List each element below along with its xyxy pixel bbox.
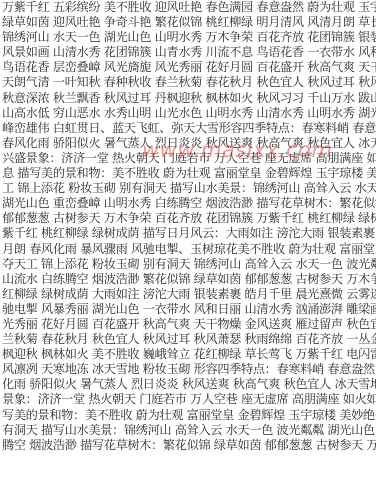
text-line: 景象：济济一堂 热火朝天 门庭若市 万人空巷 座无虚席 高朋满座 如火如荼 蒸蒸… (2, 392, 376, 407)
text-line: 郁郁葱葱 古树参天 万木争荣 百花齐放 花团锦簇 万紫千红 桃红柳绿 绿树成荫 … (2, 211, 376, 226)
text-line: 兰秋菊 春花秋月 秋色宜人 秋风过耳 秋风萧瑟 秋雨绵绵 百花齐放 一丛金黄 秋… (2, 332, 376, 347)
text-line: 鸟语花香 层峦叠嶂 风光旖旎 风光秀丽 花好月圆 百花盛开 秋高气爽 天干物燥 … (2, 60, 376, 75)
text-line: 天朗气清 一叶知秋 春种秋收 春兰秋菊 春花秋月 秋色宜人 秋风过耳 秋风萧瑟 … (2, 75, 376, 90)
text-line: 锦绣河山 水天一色 湖光山色 山明水秀 万木争荣 百花齐放 花团锦簇 银装素裹 … (2, 30, 376, 45)
text-line: 山流水 白练腾空 烟波浩渺 繁花似锦 绿草如茵 郁郁葱葱 古树参天 万木争荣 百… (2, 272, 376, 287)
idiom-document: 万紫千红 五彩缤纷 美不胜收 迎风吐艳 春色满园 春意盎然 蔚为壮观 玉宇琼楼 … (2, 0, 376, 453)
text-line: 光秀丽 花好月圆 百花盛开 秋高气爽 天干物燥 金风送爽 雁过留声 秋色宜人 天… (2, 317, 376, 332)
text-line: 有洞天 描写山水美景：锦绣河山 高耸入云 水天一色 波光粼粼 湖光山色 重峦叠嶂… (2, 423, 376, 438)
text-line: 化雨 骄阳似火 暑气蒸人 烈日炎炎 秋风送爽 秋高气爽 秋色宜人 冰天雪地 寒气… (2, 377, 376, 392)
text-line: 风凛冽 天寒地冻 冰天雪地 粉妆玉砌 形容四季特点：春寒料峭 春意盎然 春暖花开… (2, 362, 376, 377)
text-line: 万紫千红 五彩缤纷 美不胜收 迎风吐艳 春色满园 春意盎然 蔚为壮观 玉宇琼楼 … (2, 0, 376, 15)
text-line: 驰电掣 风暴秀丽 湖光山色 一衣带水 风和日丽 山清水秀 汹涌澎湃 雕梁画栋 鸟… (2, 302, 376, 317)
text-line: 绿草如茵 迎风吐艳 争奇斗艳 繁花似锦 桃红柳绿 明月清风 风清月朗 草长莺飞 … (2, 15, 376, 30)
text-line: 风景如画 山清水秀 花团锦簇 山青水秀 川流不息 鸟语花香 一衣带水 风和日丽 … (2, 45, 376, 60)
text-line: 工 锦上添花 粉妆玉砌 别有洞天 描写山水美景：锦绣河山 高耸入云 水天一色 波… (2, 181, 376, 196)
text-line: 枫迎秋 枫林如火 美不胜收 巍峨耸立 花红柳绿 草长莺飞 万紫千红 电闪雷鸣 风… (2, 347, 376, 362)
site-watermark: www.maslxx.com (142, 138, 332, 162)
text-line: 月朗 春风化雨 暴风骤雨 风驰电掣、玉树琼花美不胜收 蔚为壮观 富丽堂皇 金碧辉… (2, 242, 376, 257)
text-line: 秋意深浓 秋兰飘香 秋风过耳 丹枫迎秋 枫林如火 秋风习习 千山万水 跋山涉水 … (2, 91, 376, 106)
text-line: 息 描写美的景和物：美不胜收 蔚为壮观 富丽堂皇 金碧辉煌 玉宇琼楼 美妙绝伦 … (2, 166, 376, 181)
text-line: 腾空 烟波浩渺 描写花草树木：繁花似锦 绿草如茵 郁郁葱葱 古树参天 万木争荣 … (2, 438, 376, 453)
text-line: 紫千红 桃红柳绿 绿树成荫 描写日月风云：大雨如注 滂沱大雨 银装素裹 皓月千里… (2, 226, 376, 241)
text-line: 峰峦雄伟 白虹贯日、蓝天飞虹、弥天大雪形容四季特点：春寒料峭 春意盎然 春暖花开 (2, 121, 376, 136)
text-line: 红柳绿 绿树成荫 大雨如注 滂沱大雨 银装素裹 皓月千里 晨光熹微 云雾迷蒙 风… (2, 287, 376, 302)
text-line: 山高水低 穷山恶水 水秀山明 山光水色 山明水秀 山清水秀 山明水秀 湖光山色 … (2, 106, 376, 121)
text-line: 写美的景和物：美不胜收 蔚为壮观 富丽堂皇 金碧辉煌 玉宇琼楼 美妙绝伦 巧夺天… (2, 408, 376, 423)
text-line: 湖光山色 重峦叠嶂 山明水秀 白练腾空 烟波浩渺 描写花草树木：繁花似锦 绿草如… (2, 196, 376, 211)
text-line: 夺天工 锦上添花 粉妆玉砌 别有洞天 锦绣河山 高耸入云 水天一色 波光粼粼 湖… (2, 257, 376, 272)
